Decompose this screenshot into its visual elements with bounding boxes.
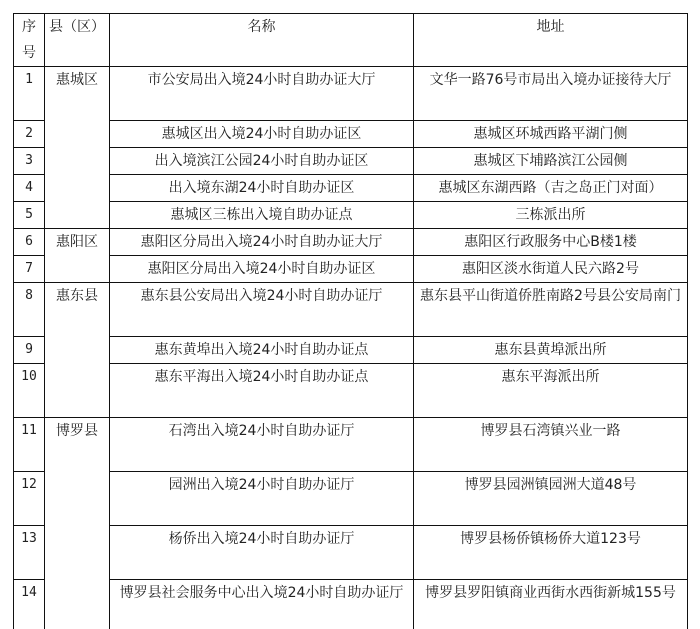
office-address: 三栋派出所 [414, 202, 688, 229]
header-county: 县（区） [45, 14, 110, 67]
office-name: 惠阳区分局出入境24小时自助办证大厅 [110, 229, 414, 256]
row-no: 10 [14, 364, 45, 418]
table-row: 13 杨侨出入境24小时自助办证厅 博罗县杨侨镇杨侨大道123号 [14, 526, 688, 580]
row-no: 6 [14, 229, 45, 256]
row-no: 3 [14, 148, 45, 175]
office-name: 惠东平海出入境24小时自助办证点 [110, 364, 414, 418]
office-address: 惠东县平山街道侨胜南路2号县公安局南门 [414, 283, 688, 337]
office-address: 惠阳区淡水街道人民六路2号 [414, 256, 688, 283]
office-address: 惠城区下埔路滨江公园侧 [414, 148, 688, 175]
row-no: 4 [14, 175, 45, 202]
table-row: 3 出入境滨江公园24小时自助办证区 惠城区下埔路滨江公园侧 [14, 148, 688, 175]
office-name: 杨侨出入境24小时自助办证厅 [110, 526, 414, 580]
header-name: 名称 [110, 14, 414, 67]
row-no: 14 [14, 580, 45, 629]
table-row: 11 博罗县 石湾出入境24小时自助办证厅 博罗县石湾镇兴业一路 [14, 418, 688, 472]
table-row: 7 惠阳区分局出入境24小时自助办证区 惠阳区淡水街道人民六路2号 [14, 256, 688, 283]
office-name: 惠城区出入境24小时自助办证区 [110, 121, 414, 148]
office-address: 文华一路76号市局出入境办证接待大厅 [414, 67, 688, 121]
row-no: 13 [14, 526, 45, 580]
row-no: 2 [14, 121, 45, 148]
office-address: 惠城区东湖西路（吉之岛正门对面） [414, 175, 688, 202]
table-row: 14 博罗县社会服务中心出入境24小时自助办证厅 博罗县罗阳镇商业西街水西街新城… [14, 580, 688, 629]
table-header-row: 序号 县（区） 名称 地址 [14, 14, 688, 67]
row-no: 1 [14, 67, 45, 121]
table-row: 6 惠阳区 惠阳区分局出入境24小时自助办证大厅 惠阳区行政服务中心B楼1楼 [14, 229, 688, 256]
row-no: 8 [14, 283, 45, 337]
table-row: 2 惠城区出入境24小时自助办证区 惠城区环城西路平湖门侧 [14, 121, 688, 148]
row-no: 5 [14, 202, 45, 229]
row-no: 9 [14, 337, 45, 364]
row-no: 7 [14, 256, 45, 283]
table-row: 9 惠东黄埠出入境24小时自助办证点 惠东县黄埠派出所 [14, 337, 688, 364]
office-address: 惠东县黄埠派出所 [414, 337, 688, 364]
office-address: 惠阳区行政服务中心B楼1楼 [414, 229, 688, 256]
office-address: 博罗县石湾镇兴业一路 [414, 418, 688, 472]
county-cell: 博罗县 [45, 418, 110, 629]
table-row: 12 园洲出入境24小时自助办证厅 博罗县园洲镇园洲大道48号 [14, 472, 688, 526]
office-name: 园洲出入境24小时自助办证厅 [110, 472, 414, 526]
office-name: 出入境滨江公园24小时自助办证区 [110, 148, 414, 175]
table-row: 10 惠东平海出入境24小时自助办证点 惠东平海派出所 [14, 364, 688, 418]
table-row: 5 惠城区三栋出入境自助办证点 三栋派出所 [14, 202, 688, 229]
office-name: 出入境东湖24小时自助办证区 [110, 175, 414, 202]
county-cell: 惠东县 [45, 283, 110, 418]
office-address: 惠城区环城西路平湖门侧 [414, 121, 688, 148]
table-row: 4 出入境东湖24小时自助办证区 惠城区东湖西路（吉之岛正门对面） [14, 175, 688, 202]
table-row: 1 惠城区 市公安局出入境24小时自助办证大厅 文华一路76号市局出入境办证接待… [14, 67, 688, 121]
table-row: 8 惠东县 惠东县公安局出入境24小时自助办证厅 惠东县平山街道侨胜南路2号县公… [14, 283, 688, 337]
office-address: 博罗县杨侨镇杨侨大道123号 [414, 526, 688, 580]
office-name: 市公安局出入境24小时自助办证大厅 [110, 67, 414, 121]
office-name: 博罗县社会服务中心出入境24小时自助办证厅 [110, 580, 414, 629]
office-name: 惠城区三栋出入境自助办证点 [110, 202, 414, 229]
office-name: 惠东县公安局出入境24小时自助办证厅 [110, 283, 414, 337]
county-cell: 惠阳区 [45, 229, 110, 283]
office-name: 石湾出入境24小时自助办证厅 [110, 418, 414, 472]
header-no: 序号 [14, 14, 45, 67]
header-address: 地址 [414, 14, 688, 67]
row-no: 11 [14, 418, 45, 472]
office-address: 博罗县罗阳镇商业西街水西街新城155号 [414, 580, 688, 629]
office-name: 惠阳区分局出入境24小时自助办证区 [110, 256, 414, 283]
row-no: 12 [14, 472, 45, 526]
county-cell: 惠城区 [45, 67, 110, 229]
office-name: 惠东黄埠出入境24小时自助办证点 [110, 337, 414, 364]
office-address: 惠东平海派出所 [414, 364, 688, 418]
office-address: 博罗县园洲镇园洲大道48号 [414, 472, 688, 526]
self-service-office-table: 序号 县（区） 名称 地址 1 惠城区 市公安局出入境24小时自助办证大厅 文华… [13, 13, 688, 629]
